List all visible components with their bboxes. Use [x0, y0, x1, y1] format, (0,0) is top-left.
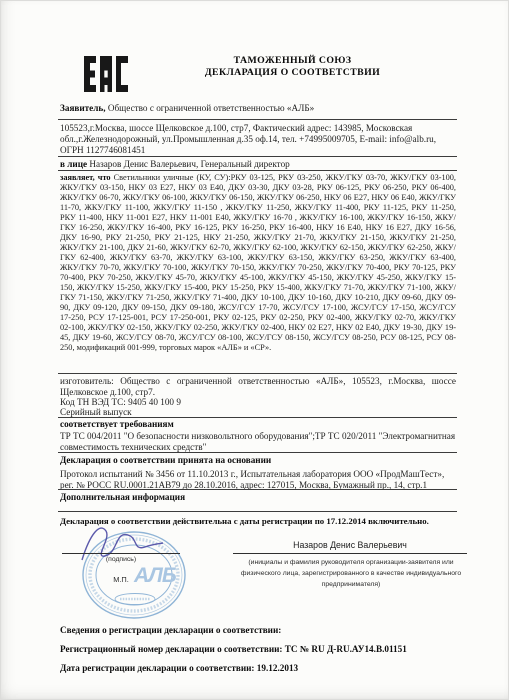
sign-label: (подпись): [62, 556, 180, 563]
additional-info-heading: Дополнительная информация: [60, 492, 456, 503]
signer-caption: (инициалы и фамилия руководителя организ…: [240, 557, 462, 590]
declares-label: заявляет, что: [60, 173, 111, 182]
declaration-document: ТАМОЖЕННЫЙ СОЮЗ ДЕКЛАРАЦИЯ О СООТВЕТСТВИ…: [0, 0, 509, 700]
products-list: Светильники уличные (КУ, СУ):РКУ 03-125,…: [60, 173, 456, 352]
signature-line: [62, 553, 180, 554]
products-paragraph: заявляет, что Светильники уличные (КУ, С…: [60, 173, 456, 373]
title-line-2: ДЕКЛАРАЦИЯ О СООТВЕТСТВИИ: [150, 67, 435, 79]
applicant-line: Заявитель, Общество с ограниченной ответ…: [60, 103, 456, 114]
registration-number: Регистрационный номер декларации о соотв…: [60, 644, 459, 655]
eac-logo-icon: [84, 56, 128, 93]
signer-name-line: [233, 553, 467, 554]
separator-line: [58, 511, 457, 512]
separator-line: [58, 119, 457, 120]
applicant-address: 105523,г.Москва, шоссе Щелковское д.100,…: [60, 123, 452, 157]
separator-line: [58, 156, 457, 157]
basis-heading: Декларация о соответствии принята на осн…: [60, 455, 456, 466]
separator-line: [58, 373, 457, 374]
basis-text: Протокол испытаний № 3456 от 11.10.2013 …: [60, 469, 456, 490]
title-line-1: ТАМОЖЕННЫЙ СОЮЗ: [150, 55, 435, 67]
compliance-standards: ТР ТС 004/2011 "О безопасности низковоль…: [60, 431, 456, 453]
person-line: в лице Назаров Денис Валерьевич, Генерал…: [60, 159, 456, 170]
separator-line: [58, 452, 457, 453]
separator-line: [58, 489, 457, 490]
compliance-heading: соответствует требованиям: [60, 419, 456, 430]
separator-line: [58, 417, 457, 418]
registration-date: Дата регистрации декларации о соответств…: [60, 663, 459, 674]
company-stamp: АЛБ: [78, 518, 190, 622]
document-title: ТАМОЖЕННЫЙ СОЮЗ ДЕКЛАРАЦИЯ О СООТВЕТСТВИ…: [150, 55, 435, 78]
separator-line: [58, 170, 457, 171]
registration-heading: Сведения о регистрации декларации о соот…: [60, 625, 459, 636]
person-label: в лице: [60, 159, 87, 169]
signer-name: Назаров Денис Валерьевич: [233, 540, 467, 550]
applicant-label: Заявитель,: [60, 103, 106, 113]
applicant-name: Общество с ограниченной ответственностью…: [108, 103, 314, 113]
person-name: Назаров Денис Валерьевич, Генеральный ди…: [89, 159, 289, 169]
manufacturer-line: изготовитель: Общество с ограниченной от…: [60, 376, 456, 397]
mp-label: М.П.: [62, 575, 180, 584]
